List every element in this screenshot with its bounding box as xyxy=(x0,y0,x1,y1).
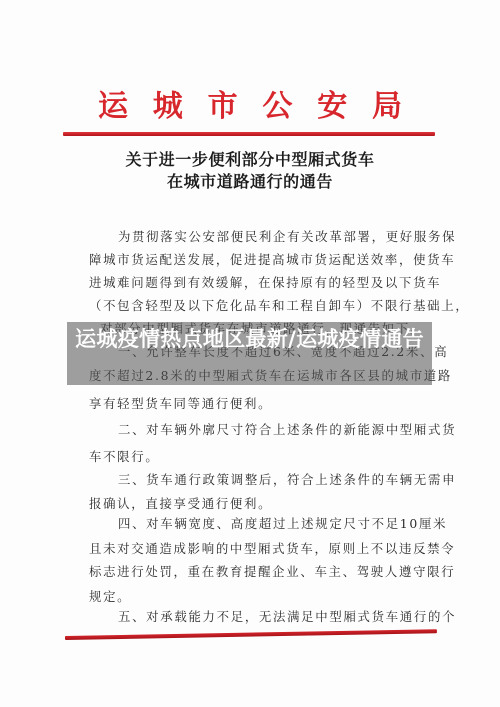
body-line: 且未对交通造成影响的中型厢式货车，原则上不以违反禁令 xyxy=(89,541,429,557)
red-rule-bottom xyxy=(65,629,437,640)
body-line: 五、对承载能力不足，无法满足中型厢式货车通行的个 xyxy=(118,609,458,625)
body-line: 享有轻型货车同等通行便利。 xyxy=(89,396,429,412)
body-line: 三、货车通行政策调整后，符合上述条件的车辆无需申 xyxy=(118,472,458,488)
body-line: 标志进行处罚，重在教育提醒企业、车主、驾驶人遵守限行 xyxy=(89,564,429,580)
issuer-char: 局 xyxy=(372,89,402,125)
red-rule-top xyxy=(63,132,435,136)
issuer-char: 安 xyxy=(317,89,347,125)
issuer-char: 公 xyxy=(262,89,292,125)
issuer-header: 运 城 市 公 安 局 xyxy=(98,89,402,125)
body-line: （不包含轻型及以下危化品车和工程自卸车）不限行基础上， xyxy=(89,298,429,314)
issuer-char: 运 xyxy=(98,89,128,125)
body-line: 报确认，直接享受通行便利。 xyxy=(89,496,429,512)
caption-overlay-text: 运城疫情热点地区最新/运城疫情通告 xyxy=(67,322,432,352)
body-line: 二、对车辆外廓尺寸符合上述条件的新能源中型厢式货 xyxy=(118,422,458,438)
document-title-line-1: 关于进一步便利部分中型厢式货车 xyxy=(0,150,500,170)
body-line: 为贯彻落实公安部便民利企有关改革部署，更好服务保 xyxy=(118,229,458,245)
body-line: 规定。 xyxy=(89,589,429,605)
document-title-line-2: 在城市道路通行的通告 xyxy=(0,172,500,192)
issuer-char: 市 xyxy=(208,89,238,125)
body-line: 四、对车辆宽度、高度超过上述规定尺寸不足10厘米 xyxy=(118,516,458,532)
issuer-char: 城 xyxy=(153,89,183,125)
body-line: 障城市货运配送发展，促进提高城市货运配送效率，使货车 xyxy=(89,252,429,268)
body-line: 进城难问题得到有效缓解，在保持原有的轻型及以下货车 xyxy=(89,275,429,291)
body-line: 车不限行。 xyxy=(89,449,429,465)
